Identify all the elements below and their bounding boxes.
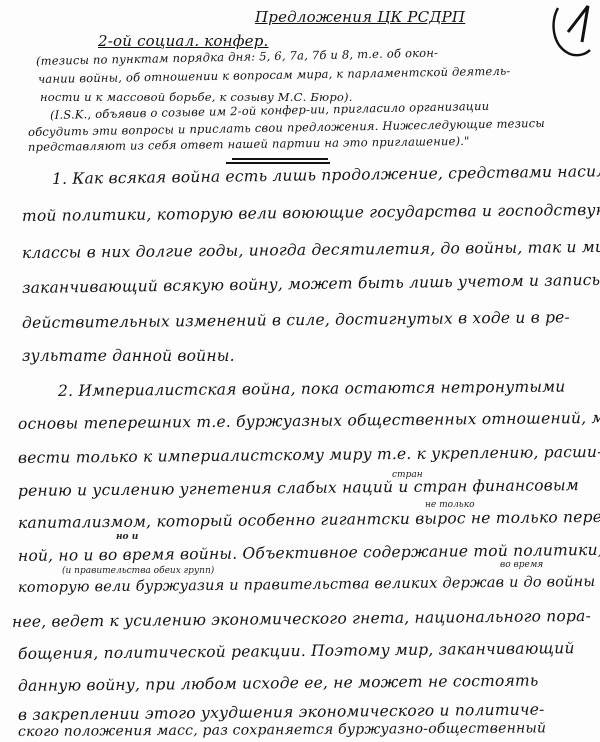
divider-line [232, 158, 328, 160]
paragraph-2-line: ского положения масс, раз сохраняется бу… [18, 720, 546, 740]
paragraph-1-line: заканчивающий всякую войну, может быть л… [22, 271, 600, 297]
intro-line: (тезисы по пунктам порядка дня: 5, 6, 7а… [36, 46, 438, 68]
insertion-above-line: но и [116, 532, 138, 542]
paragraph-2-line: вести только к империалистскому миру т.е… [18, 443, 600, 467]
insertion-above-line: во время [500, 560, 543, 570]
paragraph-1-line: действительных изменений в силе, достигн… [22, 308, 570, 332]
paragraph-1-line: зультате данной войны. [22, 347, 235, 365]
paragraph-2-line: нее, ведет к усилению экономического гне… [12, 607, 591, 631]
paragraph-2-line: 2. Империалистская война, пока остаются … [58, 378, 566, 400]
paragraph-1-line: 1. Как всякая война есть лишь продолжени… [52, 162, 600, 188]
paragraph-2-line: данную войну, при любом исходе ее, не мо… [18, 672, 539, 695]
paragraph-2-line: которую вели буржуазия и правительства в… [18, 573, 600, 596]
paragraph-1-line: той политики, которую вели воюющие госуд… [22, 200, 600, 225]
paragraph-2-line: основы теперешних т.е. буржуазных общест… [18, 408, 600, 433]
paragraph-1-line: классы в них долгие годы, иногда десятил… [22, 238, 600, 262]
document-title: Предложения ЦК РСДРП [255, 8, 465, 26]
page-number-circled [548, 2, 592, 58]
paragraph-2-line: рению и усилению угнетения слабых наций … [18, 476, 579, 500]
intro-line: чании войны, об отношении к вопросам мир… [38, 64, 511, 86]
paragraph-2-line: капитализмом, который особенно гигантски… [18, 507, 600, 532]
paragraph-2-line: бощения, политической реакции. Поэтому м… [18, 639, 575, 663]
document-subtitle: 2-ой социал. конфер. [98, 32, 269, 50]
manuscript-page: Предложения ЦК РСДРП 2-ой социал. конфер… [0, 0, 600, 742]
bracket-insertion: (и правительства обеих групп) [62, 566, 214, 576]
divider-line [226, 162, 330, 164]
